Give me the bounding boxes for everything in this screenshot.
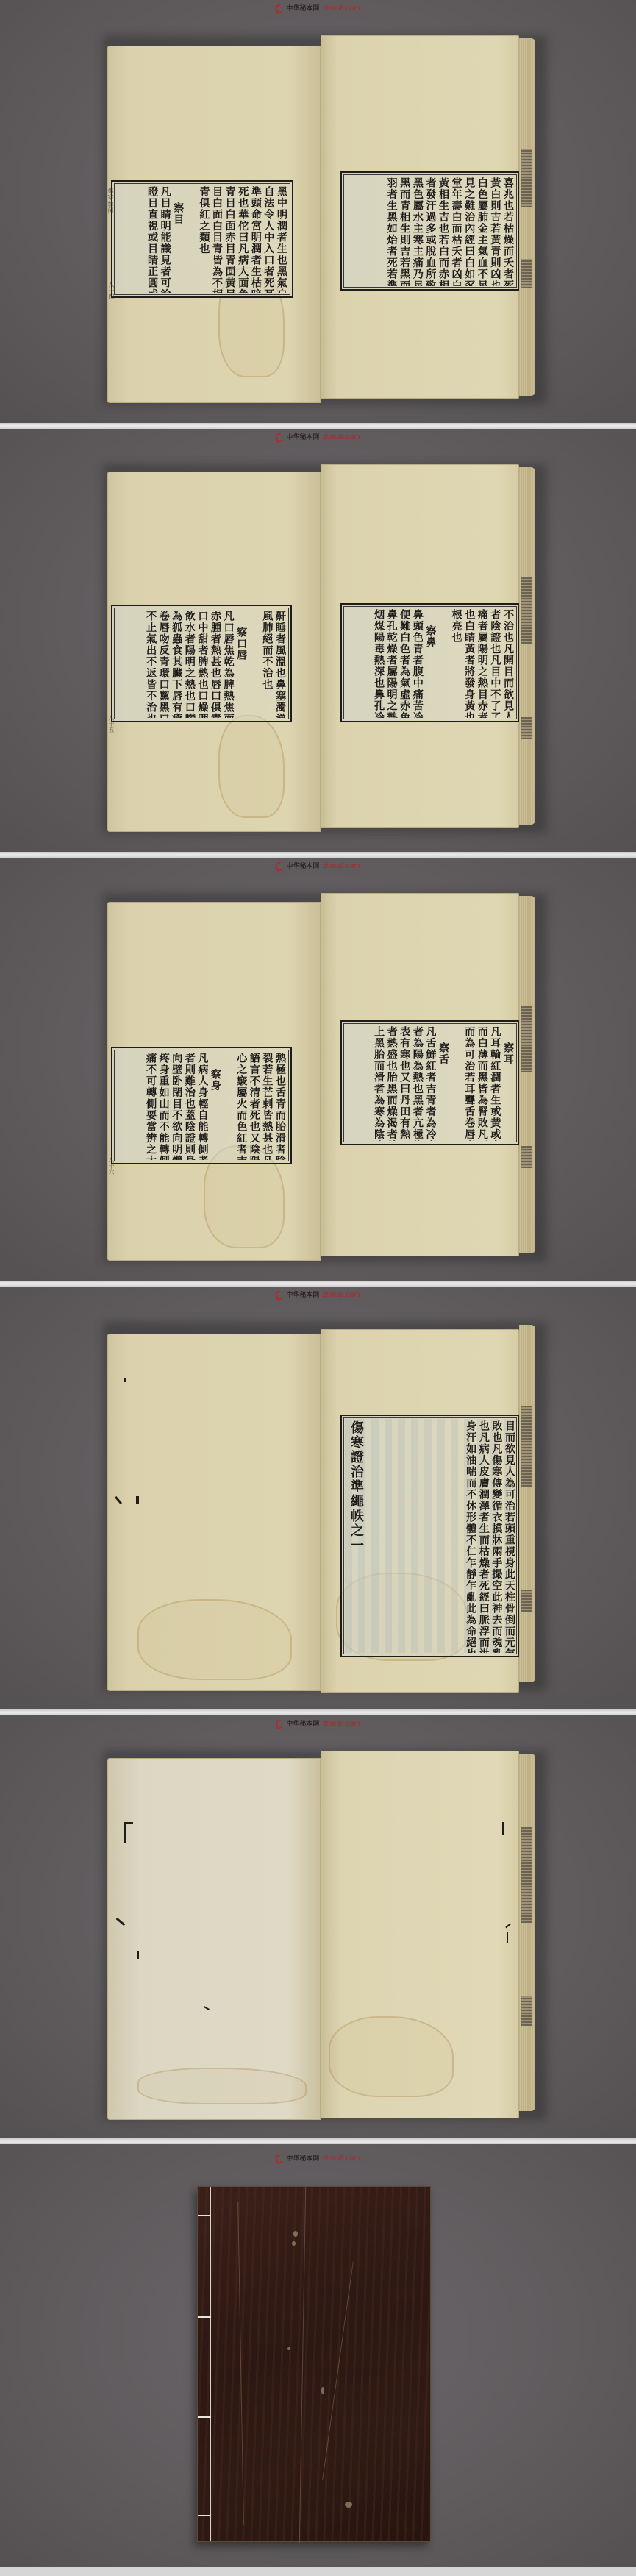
binding-stitch — [198, 2515, 211, 2516]
printed-block-left: 黑中明潤者生也黑氣自魚尾相牽入太陰者死黑氣自法令人中入口者死耳目口鼻黑氣枯夭者死… — [111, 180, 293, 298]
folio-number: 八十六 — [107, 1157, 115, 1175]
photo-panel-1: 中华秘本网 zhms8.com 黑中明潤者生也黑氣自魚尾相牽入太陰者死黑氣自法令… — [0, 0, 636, 423]
watermark: 中华秘本网 zhms8.com — [0, 1291, 636, 1300]
text-column: 凡耳輪紅潤者生或黃或白或黑或青而枯燥者死薄 — [488, 1026, 501, 1141]
text-column: 裂若生芒刺皆熱甚也凡舌鞕舌強舌短縮神氣昏亂 — [260, 1053, 274, 1160]
text-column: 卷唇吻反青環口黧黑口張氣直口如魚口口唇顫搖 — [157, 611, 170, 718]
text-column: 者發汗過多或脫血所致也 — [424, 177, 437, 286]
binding-stitch — [198, 2416, 211, 2418]
text-column: 準頭命宮明潤者生枯暗者死若心病見黑氣在頭者 — [249, 186, 262, 293]
text-column: 黃相生吉也若白而赤相尅則凶矣凡傷寒面白無神 — [436, 177, 449, 286]
text-column: 者則難治也蓋陰證則身重必足冷而踡卧惡寒常好 — [182, 1053, 196, 1160]
text-column: 痛者屬陽明之熱目赤者亦熱甚也目瞑者必將衄血 — [475, 609, 488, 718]
text-column: 而白薄而黑皆為腎敗凡耳聾耳中疼皆屬少陽之熱 — [475, 1026, 488, 1141]
photo-panel-5: 中华秘本网 zhms8.com — [0, 1715, 636, 2138]
printed-block-left: 鼾睡者風溫也鼻塞濁涕者風熱也鼻孔搧張者為肺風肺絕而不治也察口唇凡口唇焦乾為脾熱焦… — [111, 605, 292, 722]
text-columns: 不治也凡開目而欲見人者陽證也閉目而不欲見人者陰證也凡目中不了了睛不和熱甚於內也凡… — [346, 609, 514, 718]
text-column — [221, 1053, 235, 1160]
watermark-logo-icon — [275, 433, 285, 444]
text-column: 也凡病人皮膚潤澤者生而枯燥者死經曰脈浮而洪 — [476, 1420, 490, 1653]
text-column: 死也華佗曰凡病人面色相等者吉不相等者凶如面 — [236, 186, 249, 293]
section-heading: 察耳 — [501, 1026, 514, 1141]
text-column: 身汗如油喘而不休形體不仁乍靜乍亂此為命絕也 — [464, 1420, 477, 1653]
watermark-url: zhms8.com — [322, 1291, 360, 1300]
page-edges — [519, 467, 535, 825]
watermark-logo-icon — [275, 4, 285, 15]
page-edges — [519, 896, 535, 1253]
watermark-logo-icon — [275, 1719, 285, 1730]
text-column: 上黑胎而滑者為寒為陰也舌卷而焦黑而燥者陽毒 — [371, 1026, 385, 1141]
watermark-logo-icon — [275, 2154, 285, 2165]
text-column: 表有寒也又曰丹田有熱而胸中有寒也胎黃而燥渴 — [398, 1026, 411, 1141]
separator — [0, 1281, 636, 1287]
text-column: 凡目睛明能識見者可治睛昏不識人或反目上視或 — [158, 186, 171, 293]
text-column: 語言不清者死也又陰陽易病吐舌數寸者死也舌乃 — [247, 1053, 260, 1160]
text-column: 鼻孔乾燥者屬陽明之熱必將衄血也鼻孔乾燥黑如 — [385, 609, 398, 718]
text-column: 青俱紅之類也 — [197, 186, 210, 293]
text-column: 疼身重如山而不能轉側也又中濕風濕皆主身重疼 — [157, 1053, 170, 1160]
text-column: 凡舌鮮紅者吉青者為冷青而紫者為陰為寒也赤而紫 — [424, 1026, 437, 1141]
text-column: 黑色屬水主寒主痛乃足少陰腎經之色也凡黑而白 — [410, 177, 424, 286]
left-page: 熱極也舌青而胎滑者陰毒冷極也凡舌腫脹舌上燥裂若生芒刺皆熱甚也凡舌鞕舌強舌短縮神氣… — [107, 902, 321, 1261]
text-column: 凡口唇焦乾為脾熱焦而紅者吉焦而黑者凶唇口俱 — [221, 611, 235, 718]
margin-title: 傷寒總例 — [107, 188, 115, 214]
text-columns: 熱極也舌青而胎滑者陰毒冷極也凡舌腫脹舌上燥裂若生芒刺皆熱甚也凡舌鞕舌強舌短縮神氣… — [117, 1053, 286, 1160]
text-column: 見之難治內經曰白如豕膏者生白如枯骨者死凡印 — [462, 177, 476, 286]
watermark: 中华秘本网 zhms8.com — [0, 862, 636, 871]
open-book: 目而欲見人為可治若頭重視身此天柱骨倒而元氣敗也凡傷寒傳變循衣摸牀兩手撮空此神去而… — [107, 1314, 547, 1691]
watermark-site-name: 中华秘本网 — [286, 1291, 319, 1300]
text-column: 青目白面赤目青面黃目青面赤目白面白目黑面黑 — [223, 186, 236, 293]
text-columns: 黑中明潤者生也黑氣自魚尾相牽入太陰者死黑氣自法令人中入口者死耳目口鼻黑氣枯夭者死… — [117, 186, 287, 293]
watermark: 中华秘本网 zhms8.com — [0, 433, 636, 442]
photo-stack: 中华秘本网 zhms8.com 黑中明潤者生也黑氣自魚尾相牽入太陰者死黑氣自法令… — [0, 0, 636, 2567]
text-column: 痛不可轉側要當辨之大抵陽證身輕而手足和煖開 — [143, 1053, 157, 1160]
text-column: 者熱盛也胎黑而燥渴者熱甚而亢極也若不燥渴舌 — [385, 1026, 398, 1141]
watermark-site-name: 中华秘本网 — [286, 2155, 319, 2163]
text-column: 瞪目直視或目睛正圓或戴眼反折或眼胞陷下者皆 — [145, 186, 158, 293]
right-page: 不治也凡開目而欲見人者陽證也閉目而不欲見人者陰證也凡目中不了了睛不和熱甚於內也凡… — [321, 464, 519, 828]
section-heading: 察鼻 — [424, 609, 437, 718]
right-page — [321, 1751, 519, 2118]
text-column: 根亮也 — [449, 609, 462, 718]
right-page: 喜兆也若枯燥而夭者死凡病欲愈目皆黃也長夏見黃白則吉若黃青則凶也白色屬肺金主氣血不… — [321, 35, 519, 399]
text-columns: 察耳凡耳輪紅潤者生或黃或白或黑或青而枯燥者死薄而白薄而黑皆為腎敗凡耳聾耳中疼皆屬… — [346, 1026, 514, 1141]
left-page — [107, 1334, 321, 1691]
text-columns: 目而欲見人為可治若頭重視身此天柱骨倒而元氣敗也凡傷寒傳變循衣摸牀兩手撮空此神去而… — [460, 1420, 515, 1653]
separator — [0, 852, 636, 858]
watermark-url: zhms8.com — [322, 2155, 360, 2163]
right-page: 察耳凡耳輪紅潤者生或黃或白或黑或青而枯燥者死薄而白薄而黑皆為腎敗凡耳聾耳中疼皆屬… — [321, 893, 519, 1256]
closing-title: 傷寒證治準繩帙之一 — [346, 1420, 365, 1553]
text-column: 向壁卧閉目不欲向明懶見人也又陰毒身如被杖之 — [170, 1053, 183, 1160]
printed-block-right: 不治也凡開目而欲見人者陽證也閉目而不欲見人者陰證也凡目中不了了睛不和熱甚於內也凡… — [340, 603, 520, 722]
text-column: 目而欲見人為可治若頭重視身此天柱骨倒而元氣 — [502, 1420, 515, 1653]
text-column: 飲水者陽明之熱也口噤難言者痙風也凡唇上有瘡 — [182, 611, 196, 718]
section-heading: 察身 — [208, 1053, 221, 1160]
text-column: 黑而青相生則吉若黑而黃相尅則凶內經曰黑如烏 — [398, 177, 411, 286]
text-column: 黃白則吉若黃青則凶也 — [488, 177, 501, 286]
text-column: 鼻頭色青者腹中痛苦冷者死微黑者水氣黃色者小 — [410, 609, 424, 718]
text-column: 堂年壽白而枯夭者凶白而光潤者吉若白而黑白而 — [449, 177, 462, 286]
folio-number: 八十四 — [107, 282, 115, 299]
text-column: 不止氣出不返皆不治也 — [143, 611, 157, 718]
watermark-site-name: 中华秘本网 — [286, 4, 319, 13]
text-column: 風肺絕而不治也 — [260, 611, 274, 718]
text-column: 目白面白目青皆為不相等故曰凶也相等者面目俱 — [210, 186, 223, 293]
watermark-url: zhms8.com — [322, 4, 360, 13]
text-columns: 鼾睡者風溫也鼻塞濁涕者風熱也鼻孔搧張者為肺風肺絕而不治也察口唇凡口唇焦乾為脾熱焦… — [117, 611, 286, 718]
open-book-blank-pages — [107, 1743, 547, 2120]
text-column — [247, 611, 260, 718]
printed-block-right: 察耳凡耳輪紅潤者生或黃或白或黑或青而枯燥者死薄而白薄而黑皆為腎敗凡耳聾耳中疼皆屬… — [340, 1020, 520, 1145]
text-column: 而為可治若耳聾舌卷唇青此屬厥陰為難治也 — [462, 1026, 476, 1141]
watermark-site-name: 中华秘本网 — [286, 1720, 319, 1729]
page-edges — [519, 38, 535, 396]
watermark-site-name: 中华秘本网 — [286, 433, 319, 442]
open-book: 黑中明潤者生也黑氣自魚尾相牽入太陰者死黑氣自法令人中入口者死耳目口鼻黑氣枯夭者死… — [107, 28, 547, 405]
open-book: 熱極也舌青而胎滑者陰毒冷極也凡舌腫脹舌上燥裂若生芒刺皆熱甚也凡舌鞕舌強舌短縮神氣… — [107, 886, 547, 1262]
text-column: 赤腫者熱甚也唇口俱青黑者冷極也口苦者膽熱也 — [208, 611, 221, 718]
watermark-site-name: 中华秘本网 — [286, 862, 319, 871]
photo-panel-6: 中华秘本网 zhms8.com — [0, 2144, 636, 2567]
text-column: 鼾睡者風溫也鼻塞濁涕者風熱也鼻孔搧張者為肺 — [273, 611, 286, 718]
photo-panel-4: 中华秘本网 zhms8.com 目而欲見人為可治若頭重視身此天柱骨倒而元氣敗也凡… — [0, 1287, 636, 1709]
text-column: 便難白色者為氣虛赤色者為肺熱鮮明者有留飲也 — [398, 609, 411, 718]
text-column: 口中甜者脾熱也口燥咽乾者腎熱也舌乾口燥而欲 — [196, 611, 209, 718]
watermark-logo-icon — [275, 1290, 285, 1301]
printed-block-left: 熱極也舌青而胎滑者陰毒冷極也凡舌腫脹舌上燥裂若生芒刺皆熱甚也凡舌鞕舌強舌短縮神氣… — [111, 1047, 292, 1164]
separator — [0, 1709, 636, 1715]
binding-stitch — [198, 2316, 211, 2318]
watermark: 中华秘本网 zhms8.com — [0, 1720, 636, 1729]
left-page: 鼾睡者風溫也鼻塞濁涕者風熱也鼻孔搧張者為肺風肺絕而不治也察口唇凡口唇焦乾為脾熱焦… — [107, 472, 321, 832]
left-page: 黑中明潤者生也黑氣自魚尾相牽入太陰者死黑氣自法令人中入口者死耳目口鼻黑氣枯夭者死… — [107, 46, 321, 403]
printed-block-right: 喜兆也若枯燥而夭者死凡病欲愈目皆黃也長夏見黃白則吉若黃青則凶也白色屬肺金主氣血不… — [340, 171, 520, 291]
printed-block-right: 目而欲見人為可治若頭重視身此天柱骨倒而元氣敗也凡傷寒傳變循衣摸牀兩手撮空此神去而… — [340, 1415, 520, 1657]
text-column: 敗也凡傷寒傳變循衣摸牀兩手撮空此神去而魂亂 — [490, 1420, 503, 1653]
text-column: 者陰證也凡目中不了了睛不和熱甚於內也凡目疼 — [488, 609, 501, 718]
separator — [0, 423, 636, 429]
text-column: 熱極也舌青而胎滑者陰毒冷極也凡舌腫脹舌上燥 — [273, 1053, 286, 1160]
section-heading: 察目 — [171, 186, 185, 293]
photo-panel-3: 中华秘本网 zhms8.com 熱極也舌青而胎滑者陰毒冷極也凡舌腫脹舌上燥裂若生… — [0, 858, 636, 1281]
page-edges — [519, 1754, 535, 2111]
separator — [0, 2138, 636, 2144]
text-column: 為狐蟲食其臟下唇有瘡為惑蟲食其肛也若唇青舌 — [170, 611, 183, 718]
watermark-url: zhms8.com — [322, 433, 360, 442]
text-column: 喜兆也若枯燥而夭者死凡病欲愈目皆黃也長夏見 — [501, 177, 514, 286]
text-column — [449, 1026, 462, 1141]
text-column: 不治也凡開目而欲見人者陽證也閉目而不欲見人 — [501, 609, 514, 718]
section-heading: 察口唇 — [235, 611, 248, 718]
watermark-logo-icon — [275, 861, 285, 872]
text-column — [436, 609, 449, 718]
text-column: 凡病人身輕自能轉側者易治若身體沉重不能轉側 — [196, 1053, 209, 1160]
text-column: 白色屬肺金主氣血不足也乃手太陰肺經之色肝病 — [475, 177, 488, 286]
text-column: 者為陽為熱也黑者亢極為難治凡舌上胎白而滑者 — [410, 1026, 424, 1141]
book-cover — [197, 2186, 431, 2542]
text-column: 自法令人中入口者死耳目口鼻黑氣枯夭者死凡面 — [262, 186, 275, 293]
binding-stitch — [198, 2215, 211, 2216]
page-edges — [519, 1325, 535, 1682]
watermark: 中华秘本网 zhms8.com — [0, 2155, 636, 2163]
section-heading: 察舌 — [436, 1026, 449, 1141]
watermark-url: zhms8.com — [322, 1720, 360, 1729]
left-page — [107, 1758, 321, 2120]
text-columns: 喜兆也若枯燥而夭者死凡病欲愈目皆黃也長夏見黃白則吉若黃青則凶也白色屬肺金主氣血不… — [346, 177, 514, 286]
folio-number: 八十五 — [107, 715, 115, 733]
text-column: 心之竅屬火而色紅者吉惟黑者乃水尅火故難治也 — [235, 1053, 248, 1160]
right-page: 目而欲見人為可治若頭重視身此天柱骨倒而元氣敗也凡傷寒傳變循衣摸牀兩手撮空此神去而… — [321, 1329, 519, 1693]
text-column: 羽者生黑如炲者死若準頭年壽印堂黑氣枯夭者死 — [385, 177, 398, 286]
text-column: 烟煤陽毒熱深也鼻孔冷滑而黑者陰毒冷極也鼻息 — [371, 609, 385, 718]
watermark-url: zhms8.com — [322, 862, 360, 871]
photo-panel-2: 中华秘本网 zhms8.com 鼾睡者風溫也鼻塞濁涕者風熱也鼻孔搧張者為肺風肺絕… — [0, 429, 636, 852]
text-column: 也白睛黃者將發身黃也凡病欲愈目皆黃鼻準明山 — [462, 609, 476, 718]
open-book: 鼾睡者風溫也鼻塞濁涕者風熱也鼻孔搧張者為肺風肺絕而不治也察口唇凡口唇焦乾為脾熱焦… — [107, 457, 547, 833]
text-column: 黑中明潤者生也黑氣自魚尾相牽入太陰者死黑氣 — [274, 186, 287, 293]
text-column — [184, 186, 197, 293]
watermark: 中华秘本网 zhms8.com — [0, 4, 636, 13]
